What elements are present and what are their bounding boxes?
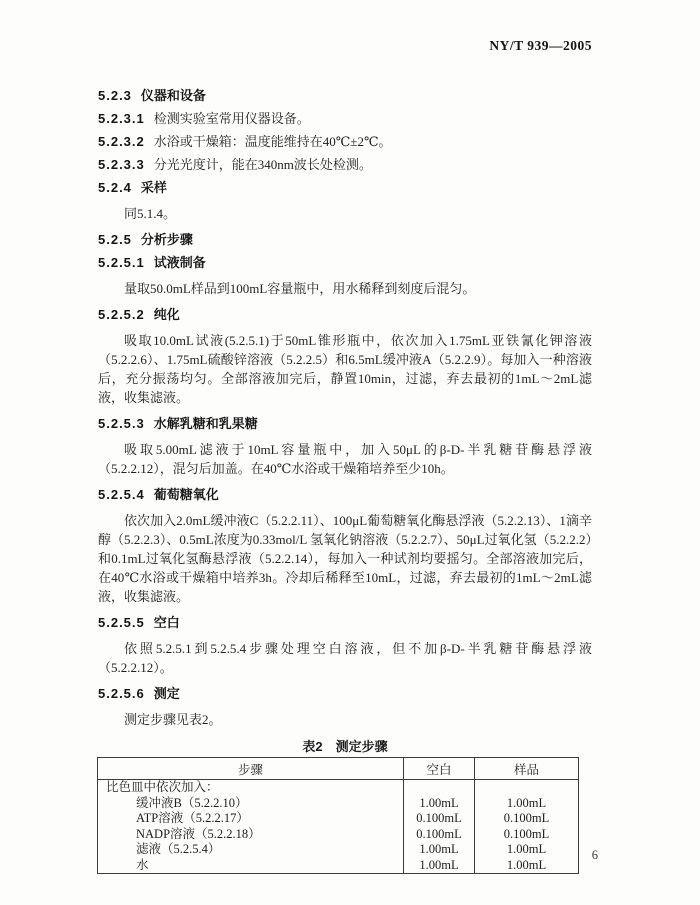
clause-number: 5.2.5 <box>98 232 132 247</box>
sample-cell <box>475 780 579 796</box>
sample-cell: 1.00mL <box>475 858 579 874</box>
column-header-step: 步骤 <box>98 758 404 780</box>
sample-cell: 1.00mL <box>475 842 579 858</box>
clause-number: 5.2.3.3 <box>98 157 145 172</box>
clause-5.2.4: 5.2.4采样 <box>98 176 592 199</box>
clause-5.2.5.1: 5.2.5.1试液制备 <box>98 251 592 274</box>
paragraph: 吸取5.00mL滤液于10mL容量瓶中，加入50μL的β-D-半乳糖苷酶悬浮液（… <box>98 440 592 478</box>
clause-text: 空白 <box>154 615 180 630</box>
clause-text: 试液制备 <box>154 255 206 270</box>
clause-text: 依次加入2.0mL缓冲液C（5.2.2.11）、100μL葡萄糖氧化酶悬浮液（5… <box>98 513 592 604</box>
clause-number: 5.2.3.1 <box>98 111 145 126</box>
clause-number: 5.2.5.4 <box>98 487 145 502</box>
clause-text: 分析步骤 <box>141 232 193 247</box>
clause-text: 纯化 <box>154 307 180 322</box>
blank-cell <box>404 780 475 796</box>
blank-cell: 0.100mL <box>404 827 475 843</box>
clause-text: 水解乳糖和乳果糖 <box>154 416 258 431</box>
clause-number: 5.2.5.1 <box>98 255 145 270</box>
clause-text: 量取50.0mL样品到100mL容量瓶中，用水稀释到刻度后混匀。 <box>124 281 475 296</box>
paragraph: 吸取10.0mL试液(5.2.5.1)于50mL锥形瓶中，依次加入1.75mL亚… <box>98 331 592 407</box>
blank-cell: 1.00mL <box>404 842 475 858</box>
paragraph: 依次加入2.0mL缓冲液C（5.2.2.11）、100μL葡萄糖氧化酶悬浮液（5… <box>98 511 592 606</box>
clause-5.2.5.6: 5.2.5.6测定 <box>98 682 592 705</box>
clause-number: 5.2.5.6 <box>98 686 145 701</box>
clause-number: 5.2.5.5 <box>98 615 145 630</box>
paragraph: 依照5.2.5.1到5.2.5.4步骤处理空白溶液，但不加β-D-半乳糖苷酶悬浮… <box>98 639 592 677</box>
table-row: 比色皿中依次加入： <box>98 780 579 796</box>
clause-number: 5.2.3 <box>98 88 132 103</box>
clause-5.2.5: 5.2.5分析步骤 <box>98 228 592 251</box>
clause-number: 5.2.4 <box>98 180 132 195</box>
clause-5.2.5.2: 5.2.5.2纯化 <box>98 303 592 326</box>
standard-number-header: NY/T 939—2005 <box>489 38 592 54</box>
clause-text: 葡萄糖氧化 <box>154 487 219 502</box>
table-row: NADP溶液（5.2.2.18） 0.100mL 0.100mL <box>98 827 579 843</box>
sample-cell: 0.100mL <box>475 811 579 827</box>
clause-5.2.5.3: 5.2.5.3水解乳糖和乳果糖 <box>98 412 592 435</box>
paragraph: 同5.1.4。 <box>98 204 592 223</box>
column-header-blank: 空白 <box>404 758 475 780</box>
clause-text: 水浴或干燥箱：温度能维持在40℃±2℃。 <box>154 134 392 149</box>
clause-5.2.5.5: 5.2.5.5空白 <box>98 611 592 634</box>
table-row: 缓冲液B（5.2.2.10） 1.00mL 1.00mL <box>98 796 579 812</box>
clause-text: 测定 <box>154 686 180 701</box>
paragraph: 量取50.0mL样品到100mL容量瓶中，用水稀释到刻度后混匀。 <box>98 279 592 298</box>
clause-5.2.3: 5.2.3仪器和设备 <box>98 84 592 107</box>
clause-text: 吸取5.00mL滤液于10mL容量瓶中，加入50μL的β-D-半乳糖苷酶悬浮液（… <box>98 442 592 476</box>
document-body: 5.2.3仪器和设备5.2.3.1检测实验室常用仪器设备。5.2.3.2水浴或干… <box>98 84 592 874</box>
step-cell: NADP溶液（5.2.2.18） <box>98 827 404 843</box>
blank-cell: 1.00mL <box>404 858 475 874</box>
clause-5.2.3.1: 5.2.3.1检测实验室常用仪器设备。 <box>98 107 592 130</box>
sample-cell: 1.00mL <box>475 796 579 812</box>
table-header-row: 步骤 空白 样品 <box>98 758 579 780</box>
step-cell: ATP溶液（5.2.2.17） <box>98 811 404 827</box>
clause-text: 测定步骤见表2。 <box>124 712 222 727</box>
step-cell: 水 <box>98 858 404 874</box>
step-cell: 滤液（5.2.5.4） <box>98 842 404 858</box>
column-header-sample: 样品 <box>475 758 579 780</box>
measurement-steps-table: 步骤 空白 样品 比色皿中依次加入： 缓冲液B（5.2.2.10） 1.00mL… <box>97 757 579 874</box>
clause-text: 依照5.2.5.1到5.2.5.4步骤处理空白溶液，但不加β-D-半乳糖苷酶悬浮… <box>98 641 592 675</box>
clause-number: 5.2.3.2 <box>98 134 145 149</box>
blank-cell: 0.100mL <box>404 811 475 827</box>
clause-5.2.3.3: 5.2.3.3分光光度计，能在340nm波长处检测。 <box>98 153 592 176</box>
clause-text: 同5.1.4。 <box>124 206 176 221</box>
clause-number: 5.2.5.3 <box>98 416 145 431</box>
blank-cell: 1.00mL <box>404 796 475 812</box>
clause-text: 检测实验室常用仪器设备。 <box>154 111 310 126</box>
paragraph: 测定步骤见表2。 <box>98 710 592 729</box>
sample-cell: 0.100mL <box>475 827 579 843</box>
clause-text: 采样 <box>141 180 167 195</box>
table-row: ATP溶液（5.2.2.17） 0.100mL 0.100mL <box>98 811 579 827</box>
clause-5.2.3.2: 5.2.3.2水浴或干燥箱：温度能维持在40℃±2℃。 <box>98 130 592 153</box>
document-page: NY/T 939—2005 5.2.3仪器和设备5.2.3.1检测实验室常用仪器… <box>0 0 700 905</box>
clause-number: 5.2.5.2 <box>98 307 145 322</box>
table-row: 水 1.00mL 1.00mL <box>98 858 579 874</box>
clause-text: 分光光度计，能在340nm波长处检测。 <box>154 157 372 172</box>
clause-text: 吸取10.0mL试液(5.2.5.1)于50mL锥形瓶中，依次加入1.75mL亚… <box>98 333 592 405</box>
step-cell: 比色皿中依次加入： <box>98 780 404 796</box>
clause-5.2.5.4: 5.2.5.4葡萄糖氧化 <box>98 483 592 506</box>
page-number: 6 <box>592 848 598 863</box>
clause-text: 仪器和设备 <box>141 88 206 103</box>
table-row: 滤液（5.2.5.4） 1.00mL 1.00mL <box>98 842 579 858</box>
clause-blocks: 5.2.3仪器和设备5.2.3.1检测实验室常用仪器设备。5.2.3.2水浴或干… <box>98 84 592 729</box>
table-caption: 表2 测定步骤 <box>98 737 592 757</box>
step-cell: 缓冲液B（5.2.2.10） <box>98 796 404 812</box>
